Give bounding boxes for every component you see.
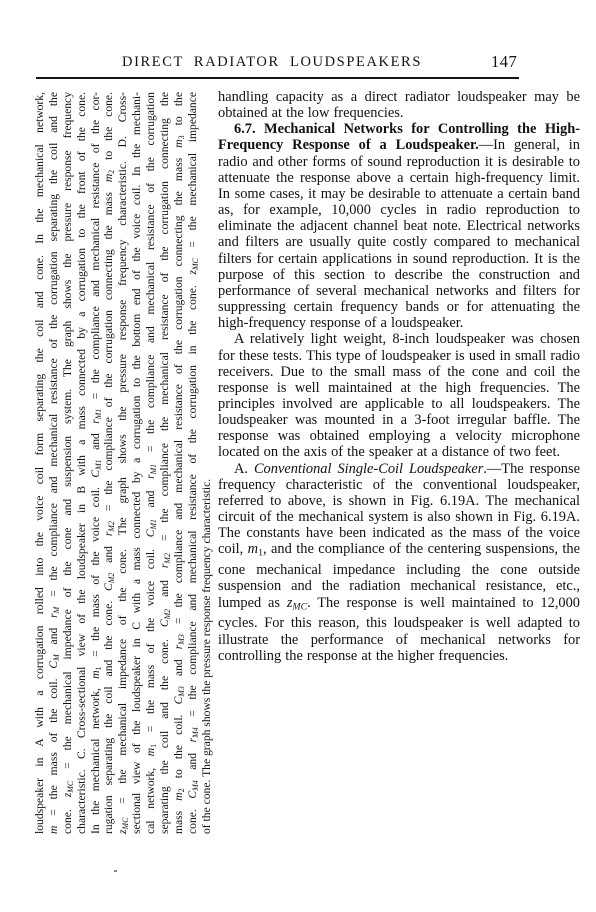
text-segment: M3 bbox=[177, 686, 186, 697]
text-segment: = the mechanical impedance of the cone a… bbox=[61, 92, 74, 781]
scan-speck bbox=[114, 870, 117, 872]
caption-line: cone. zMC = the mechanical impedance of … bbox=[61, 92, 75, 834]
paragraph: 6.7. Mechanical Networks for Controlling… bbox=[218, 121, 580, 331]
caption-line: rugation separating the coil and the con… bbox=[102, 92, 116, 834]
text-segment: M1 bbox=[149, 519, 158, 530]
caption-line: mass m2 to the coil. CM3 and rM3 = the c… bbox=[172, 92, 186, 834]
text-segment: to the cone. bbox=[102, 92, 115, 170]
text-segment: 1 bbox=[149, 744, 158, 748]
text-segment: M1 bbox=[94, 459, 103, 470]
running-head-title: DIRECT RADIATOR LOUDSPEAKERS bbox=[0, 54, 544, 71]
text-segment: = the mass of the coil. bbox=[47, 669, 60, 826]
text-segment: z bbox=[116, 829, 129, 834]
text-segment: r bbox=[172, 645, 185, 650]
header-rule bbox=[36, 77, 519, 79]
text-segment: = the compliance and mechanical resistan… bbox=[186, 275, 199, 728]
text-segment: and bbox=[102, 536, 115, 573]
text-segment: 1 bbox=[94, 666, 103, 670]
text-segment: loudspeaker in A with a corrugation roll… bbox=[33, 92, 46, 834]
text-segment: M1 bbox=[94, 409, 103, 420]
text-segment: = the compliance and mechanical resistan… bbox=[89, 92, 102, 409]
text-segment: r bbox=[186, 738, 199, 743]
paragraph: handling capacity as a direct radiator l… bbox=[218, 89, 580, 121]
figure-caption-rotated: loudspeaker in A with a corrugation roll… bbox=[33, 92, 214, 834]
text-segment: m bbox=[144, 748, 157, 756]
text-segment: M bbox=[52, 607, 61, 614]
text-segment: m bbox=[172, 139, 185, 147]
text-segment: separating the coil and the cone. bbox=[158, 627, 171, 834]
text-segment: C bbox=[102, 583, 115, 591]
caption-line: zMC = the mechanical impedance of the co… bbox=[116, 92, 130, 834]
text-segment: = the compliance and mechanical resistan… bbox=[144, 92, 157, 464]
text-segment: 2 bbox=[108, 170, 117, 174]
text-segment: m bbox=[248, 541, 258, 557]
caption-line: separating the coil and the cone. CM2 an… bbox=[158, 92, 172, 834]
main-text-column: handling capacity as a direct radiator l… bbox=[218, 89, 580, 664]
text-segment: r bbox=[47, 613, 60, 618]
text-segment: C bbox=[186, 791, 199, 799]
text-segment: and bbox=[89, 424, 102, 460]
caption-line: cone. CM4 and rM4 = the compliance and m… bbox=[186, 92, 200, 834]
text-segment: m bbox=[47, 826, 60, 834]
text-segment: M1 bbox=[149, 464, 158, 475]
text-segment: C bbox=[89, 470, 102, 478]
text-segment: MC bbox=[191, 258, 200, 270]
text-segment: = the compliance the mechanical resistan… bbox=[158, 92, 171, 553]
text-segment: rugation separating the coil and the con… bbox=[102, 591, 115, 834]
text-segment: M2 bbox=[163, 609, 172, 620]
figure-caption-lines: loudspeaker in A with a corrugation roll… bbox=[33, 92, 214, 834]
text-segment: —In general, in radio and other forms of… bbox=[218, 137, 580, 331]
text-segment: C bbox=[47, 661, 60, 669]
text-segment: MC bbox=[122, 818, 131, 830]
text-segment: characteristic. C. Cross-sectional view … bbox=[75, 92, 88, 834]
text-segment: M2 bbox=[108, 573, 117, 584]
text-segment: cone. bbox=[186, 799, 199, 834]
text-segment: MC bbox=[66, 781, 75, 793]
text-segment: cone. bbox=[61, 797, 74, 834]
text-segment: 3 bbox=[177, 135, 186, 139]
text-segment: M4 bbox=[191, 727, 200, 738]
text-segment: M bbox=[52, 654, 61, 661]
book-page: DIRECT RADIATOR LOUDSPEAKERS 147 loudspe… bbox=[0, 0, 596, 912]
text-segment: r bbox=[89, 419, 102, 424]
text-segment: z bbox=[61, 793, 74, 798]
text-segment: C bbox=[172, 697, 185, 705]
text-segment: and bbox=[144, 479, 157, 519]
page-number: 147 bbox=[491, 52, 517, 72]
text-segment: r bbox=[158, 564, 171, 569]
text-segment: M3 bbox=[177, 634, 186, 645]
text-segment: M4 bbox=[191, 780, 200, 791]
text-segment: to the coil. bbox=[172, 704, 185, 788]
paragraph: A relatively light weight, 8-inch loudsp… bbox=[218, 331, 580, 460]
text-segment: 2 bbox=[177, 788, 186, 792]
text-segment: cal network, bbox=[144, 756, 157, 834]
text-segment: In the mechanical network, bbox=[89, 679, 102, 834]
text-segment: A relatively light weight, 8-inch loudsp… bbox=[218, 331, 580, 460]
caption-line: cal network, m1 = the mass of the voice … bbox=[144, 92, 158, 834]
text-segment: and bbox=[47, 618, 60, 654]
text-segment: = the mechanical impedance of the cone. … bbox=[116, 92, 129, 818]
text-segment: m bbox=[102, 174, 115, 182]
text-segment: = the mass of the voice coil. bbox=[89, 478, 102, 667]
text-segment: and bbox=[158, 568, 171, 609]
caption-line: loudspeaker in A with a corrugation roll… bbox=[33, 92, 47, 834]
text-segment: z bbox=[186, 270, 199, 275]
caption-line: m = the mass of the coil. CM and rM = th… bbox=[47, 92, 61, 834]
text-segment: MC bbox=[292, 601, 307, 612]
text-segment: r bbox=[144, 474, 157, 479]
text-segment: and bbox=[172, 649, 185, 686]
text-segment: handling capacity as a direct radiator l… bbox=[218, 89, 580, 121]
text-segment: = the compliance and mechanical resistan… bbox=[47, 92, 60, 607]
text-segment: m bbox=[172, 792, 185, 800]
text-segment: M2 bbox=[163, 553, 172, 564]
paragraph: A. Conventional Single-Coil Loudspeaker.… bbox=[218, 461, 580, 664]
caption-line: characteristic. C. Cross-sectional view … bbox=[75, 92, 89, 834]
text-segment: mass bbox=[172, 801, 185, 834]
text-segment: C bbox=[144, 530, 157, 538]
text-segment: and bbox=[186, 742, 199, 780]
text-segment: M2 bbox=[108, 521, 117, 532]
text-segment: = the compliance of the corrugation conn… bbox=[102, 182, 115, 521]
text-segment: A. bbox=[234, 461, 254, 477]
caption-line: In the mechanical network, m1 = the mass… bbox=[89, 92, 103, 834]
text-segment: C bbox=[158, 619, 171, 627]
text-segment: r bbox=[102, 532, 115, 537]
text-segment: Conventional Single-Coil Loudspeaker bbox=[254, 461, 483, 477]
text-segment: = the mechanical impedance bbox=[186, 92, 199, 258]
text-segment: = the compliance and mechanical resistan… bbox=[172, 148, 185, 634]
caption-line: sectional view of the loudspeaker in C w… bbox=[130, 92, 144, 834]
text-segment: to the bbox=[172, 92, 185, 135]
text-segment: m bbox=[89, 670, 102, 678]
caption-line: of the cone. The graph shows the pressur… bbox=[200, 92, 214, 834]
text-segment: of the cone. The graph shows the pressur… bbox=[200, 479, 213, 834]
text-segment: sectional view of the loudspeaker in C w… bbox=[130, 92, 143, 834]
text-segment: = the mass of the voice coil. bbox=[144, 537, 157, 744]
